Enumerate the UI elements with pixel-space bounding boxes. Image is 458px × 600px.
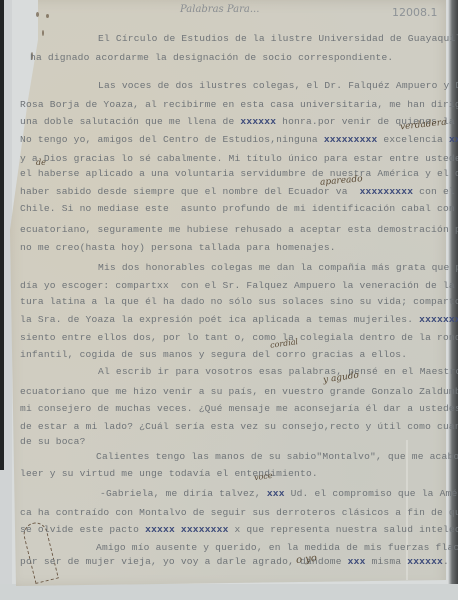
text-line: la Sra. de Yoaza la expresión poét ica a… <box>20 314 458 325</box>
text-line: no me creo(hasta hoy) persona tallada pa… <box>20 242 336 253</box>
text-line: Chile. Si no mediase este asunto profund… <box>20 203 458 214</box>
typed-text: excelencia <box>377 134 449 145</box>
typed-text: . <box>443 556 449 567</box>
typed-text: de su boca? <box>20 436 86 447</box>
text-line: y a Dios gracias lo sé cabalmente. Mi tí… <box>20 153 458 164</box>
typed-text: ecuatoriano que me hizo venir a su país,… <box>20 386 458 397</box>
typed-text: El Círculo de Estudios de la ilustre Uni… <box>98 33 458 44</box>
text-line: No tengo yo, amigos del Centro de Estudi… <box>20 134 458 145</box>
typed-text: infantil, cogida de sus manos y segura d… <box>20 349 407 360</box>
typed-text: se olvide este pacto <box>20 524 145 535</box>
handwritten-title: Palabras Para... <box>180 4 259 15</box>
typed-text: la Sra. de Yoaza la expresión poét ica a… <box>20 314 419 325</box>
typed-text: Ud. el compromiso que la Améri_ <box>285 488 458 499</box>
text-line: ha dignado acordarme la designación de s… <box>30 52 393 63</box>
text-line: de su boca? <box>20 436 86 447</box>
typed-text: una doble salutación que me llena de <box>20 116 240 127</box>
text-line: se olvide este pacto xxxxx xxxxxxxx x qu… <box>20 524 458 535</box>
text-line: Mis dos honorables colegas me dan la com… <box>98 262 458 273</box>
typed-text: con el de <box>413 186 458 197</box>
text-line: Rosa Borja de Yoaza, al recibirme en est… <box>20 99 458 110</box>
typed-text: Chile. Si no mediase este asunto profund… <box>20 203 458 214</box>
typed-text: ecuatoriano, seguramente me hubiese rehu… <box>20 224 458 235</box>
typed-strikeout: xxxxx <box>145 524 175 535</box>
text-line: infantil, cogida de sus manos y segura d… <box>20 349 407 360</box>
text-line: el haberse aplicado a una voluntaria ser… <box>20 168 458 179</box>
typed-strikeout: xxx <box>348 556 366 567</box>
typed-strikeout: xxxxxx <box>407 556 443 567</box>
text-line: Calientes tengo las manos de su sabio"Mo… <box>96 451 458 462</box>
typed-text: -Gabriela, me diría talvez, <box>100 488 267 499</box>
text-line: día yo escoger: compartxx con el Sr. Fal… <box>20 280 458 291</box>
typed-strikeout: xxxxxxxx <box>419 314 458 325</box>
archive-number: 12008.1 <box>392 6 438 19</box>
text-line: una doble salutación que me llena de xxx… <box>20 116 458 127</box>
text-line: tura latina a la que él ha dado no sólo … <box>20 296 458 307</box>
typed-text: siento entre ellos dos, por lo tant o, c… <box>20 332 458 343</box>
text-line: siento entre ellos dos, por lo tant o, c… <box>20 332 458 343</box>
typed-text: mi consejero de muchas veces. ¿Qué mensa… <box>20 403 458 414</box>
typed-text: el haberse aplicado a una voluntaria ser… <box>20 168 458 179</box>
typed-strikeout: xxx <box>267 488 285 499</box>
text-line: ca ha contraído con Montalvo de seguir s… <box>20 507 458 518</box>
handwritten-annotation: de <box>36 158 46 167</box>
typed-text: Las voces de dos ilustres colegas, el Dr… <box>98 80 458 91</box>
typed-text: No tengo yo, amigos del Centro de Estudi… <box>20 134 324 145</box>
typed-strikeout: xxxxxxxxx <box>360 186 414 197</box>
handwritten-annotation: o yo <box>295 553 317 566</box>
typed-text: ha dignado acordarme la designación de s… <box>30 52 393 63</box>
text-line: -Gabriela, me diría talvez, xxx Ud. el c… <box>100 488 458 499</box>
text-line: Al escrib ir para vosotros esas palabras… <box>98 366 458 377</box>
scanner-bottom-margin <box>0 584 458 600</box>
typed-strikeout: xxxxxxxx <box>181 524 229 535</box>
typed-text: Amigo mío ausente y querido, en la medid… <box>96 542 458 553</box>
typed-text: de estar a mi lado? ¿Cuál sería esta vez… <box>20 421 458 432</box>
typed-text: día yo escoger: compartxx con el Sr. Fal… <box>20 280 458 291</box>
typed-text: Rosa Borja de Yoaza, al recibirme en est… <box>20 99 458 110</box>
stain-mark <box>42 30 44 36</box>
text-line: El Círculo de Estudios de la ilustre Uni… <box>98 33 458 44</box>
text-line: Las voces de dos ilustres colegas, el Dr… <box>98 80 458 91</box>
typed-strikeout: xxxxx <box>449 134 458 145</box>
typed-text: no me creo(hasta hoy) persona tallada pa… <box>20 242 336 253</box>
stain-mark <box>46 14 49 18</box>
typed-text: ca ha contraído con Montalvo de seguir s… <box>20 507 458 518</box>
typed-strikeout: xxxxxxxxx <box>324 134 378 145</box>
typed-text: tura latina a la que él ha dado no sólo … <box>20 296 458 307</box>
typed-text: x que representa nuestra salud intelectu… <box>229 524 458 535</box>
typed-text: y a Dios gracias lo sé cabalmente. Mi tí… <box>20 153 458 164</box>
stain-mark <box>36 12 39 17</box>
scanner-left-edge <box>0 0 4 470</box>
text-line: Amigo mío ausente y querido, en la medid… <box>96 542 458 553</box>
typed-strikeout: xxxxxx <box>240 116 276 127</box>
text-line: haber sabido desde siempre que el nombre… <box>20 186 458 197</box>
text-line: por ser de mujer vieja, yo voy a darle a… <box>20 556 449 567</box>
typed-text: Calientes tengo las manos de su sabio"Mo… <box>96 451 458 462</box>
typed-text: Mis dos honorables colegas me dan la com… <box>98 262 458 273</box>
text-line: mi consejero de muchas veces. ¿Qué mensa… <box>20 403 458 414</box>
text-line: de estar a mi lado? ¿Cuál sería esta vez… <box>20 421 458 432</box>
typed-text: misma <box>366 556 408 567</box>
typed-text: haber sabido desde siempre que el nombre… <box>20 186 360 197</box>
text-line: ecuatoriano que me hizo venir a su país,… <box>20 386 458 397</box>
typed-text: Al escrib ir para vosotros esas palabras… <box>98 366 458 377</box>
text-line: ecuatoriano, seguramente me hubiese rehu… <box>20 224 458 235</box>
